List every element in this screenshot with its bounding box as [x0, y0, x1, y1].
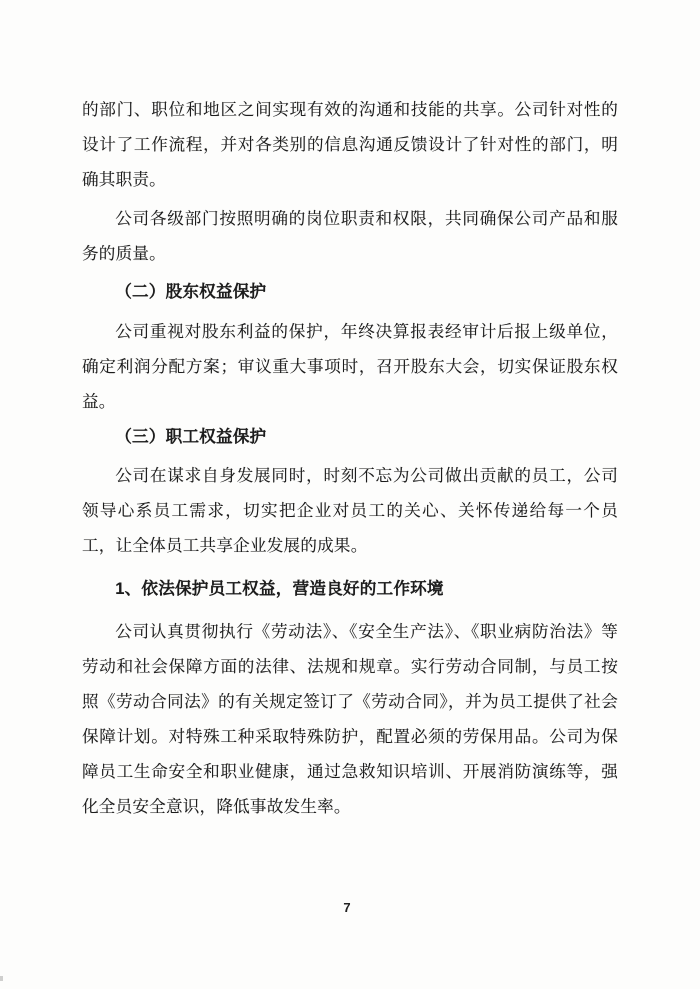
body-paragraph-labor-law-compliance: 公司认真贯彻执行《劳动法》、《安全生产法》、《职业病防治法》等劳动和社会保障方面… — [82, 614, 618, 824]
body-paragraph-shareholder-protection: 公司重视对股东利益的保护，年终决算报表经审计后报上级单位，确定利润分配方案；审议… — [82, 314, 618, 419]
section-heading-shareholder-rights: （二）股东权益保护 — [82, 274, 618, 309]
subsection-heading-legal-protection: 1、依法保护员工权益，营造良好的工作环境 — [82, 571, 618, 606]
body-paragraph-communication: 的部门、职位和地区之间实现有效的沟通和技能的共享。公司针对性的设计了工作流程，并… — [82, 92, 618, 197]
document-page: 的部门、职位和地区之间实现有效的沟通和技能的共享。公司针对性的设计了工作流程，并… — [0, 0, 700, 989]
section-heading-employee-rights: （三）职工权益保护 — [82, 419, 618, 454]
scan-artifact-mark — [0, 976, 3, 981]
text-block: 的部门、职位和地区之间实现有效的沟通和技能的共享。公司针对性的设计了工作流程，并… — [82, 92, 618, 824]
body-paragraph-employee-care: 公司在谋求自身发展同时，时刻不忘为公司做出贡献的员工，公司领导心系员工需求，切实… — [82, 458, 618, 563]
body-paragraph-departments-quality: 公司各级部门按照明确的岗位职责和权限，共同确保公司产品和服务的质量。 — [82, 201, 618, 271]
page-number: 7 — [0, 900, 694, 915]
